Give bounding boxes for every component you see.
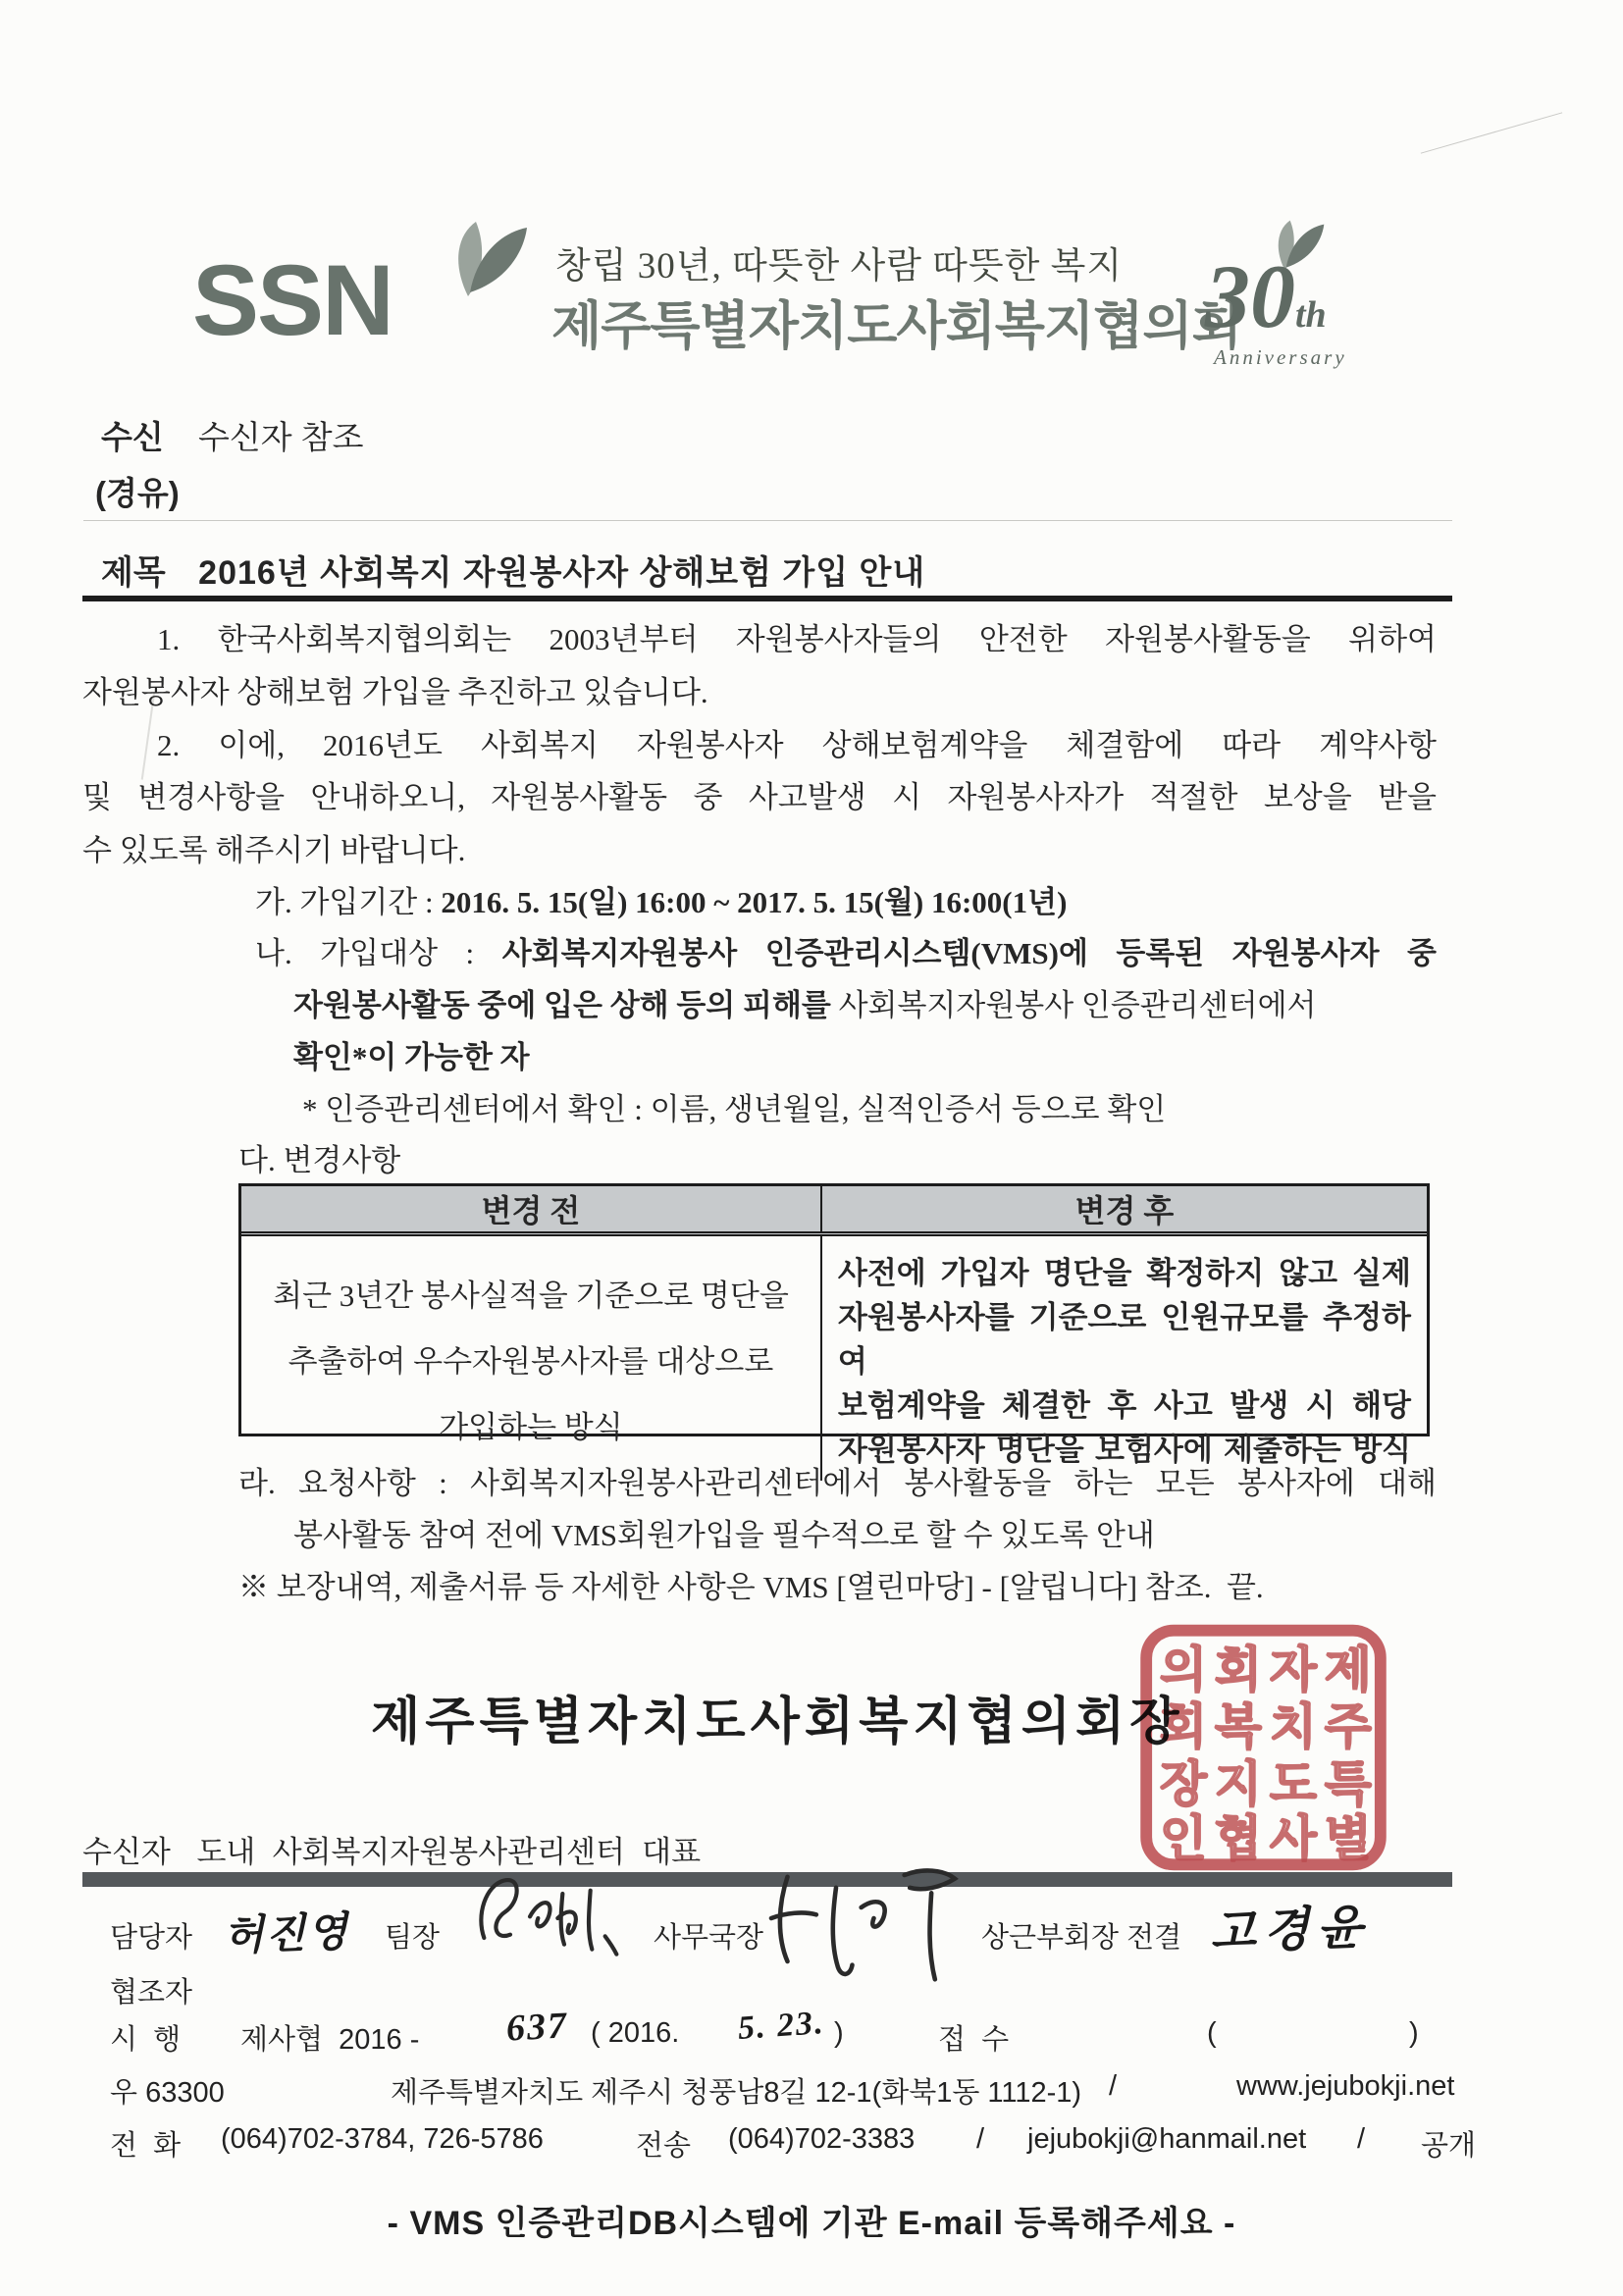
change-table: 변경 전 변경 후 최근 3년간 봉사실적을 기준으로 명단을 추출하여 우수자… bbox=[238, 1183, 1430, 1436]
logo-tagline: 창립 30년, 따뜻한 사람 따뜻한 복지 bbox=[555, 235, 1123, 288]
change-before-line: 추출하여 우수자원봉사자를 대상으로 bbox=[241, 1336, 820, 1381]
star-note: * 인증관리센터에서 확인 : 이름, 생년월일, 실적인증서 등으로 확인 bbox=[302, 1088, 1166, 1131]
via-label: (경유) bbox=[95, 468, 180, 514]
anniversary-suffix: th bbox=[1295, 294, 1327, 336]
change-after-line: 자원봉사자를 기준으로 인원규모를 추정하여 bbox=[838, 1292, 1411, 1381]
final-recipient-label: 수신자 bbox=[82, 1835, 171, 1869]
svg-text:협: 협 bbox=[1215, 1812, 1262, 1866]
anniversary-word: Anniversary bbox=[1214, 345, 1347, 370]
exec-date-handwritten: 5. 23. bbox=[737, 2005, 826, 2048]
cooperator-label: 협조자 bbox=[110, 1970, 192, 2010]
disclosure-label: 공개 bbox=[1421, 2123, 1476, 2164]
svg-text:지: 지 bbox=[1215, 1757, 1262, 1811]
bottom-note: - VMS 인증관리DB시스템에 기관 E-mail 등록해주세요 - bbox=[0, 2196, 1623, 2244]
logo-org-name: 제주특별자치도사회복지협의회 bbox=[551, 285, 1241, 359]
svg-text:주: 주 bbox=[1325, 1700, 1372, 1754]
recipient-label: 수신 bbox=[101, 419, 164, 455]
tel-numbers: (064)702-3784, 726-5786 bbox=[221, 2123, 544, 2156]
address-slash: / bbox=[1109, 2070, 1117, 2103]
address: 제주특별자치도 제주시 청풍남8길 12-1(화북1동 1112-1) bbox=[391, 2070, 1081, 2111]
change-after-line: 사전에 가입자 명단을 확정하지 않고 실제 bbox=[838, 1248, 1411, 1292]
item-na-cont1-bold: 자원봉사활동 중에 입은 상해 등의 피해를 bbox=[293, 988, 831, 1022]
item-ra-line1: 라. 요청사항 : 사회복지자원봉사관리센터에서 봉사활동을 하는 모든 봉사자… bbox=[238, 1462, 1437, 1505]
svg-text:사: 사 bbox=[1270, 1812, 1318, 1866]
anniversary-number: 30 bbox=[1205, 246, 1295, 346]
svg-text:특: 특 bbox=[1325, 1757, 1372, 1811]
item-ra-line2: 봉사활동 참여 전에 VMS회원가입을 필수적으로 할 수 있도록 안내 bbox=[293, 1514, 1155, 1557]
para1-line1: 1. 한국사회복지협의회는 2003년부터 자원봉사자들의 안전한 자원봉사활동… bbox=[82, 618, 1437, 661]
item-na-cont1-rest: 사회복지자원봉사 인증관리센터에서 bbox=[831, 988, 1317, 1022]
change-after-cell: 사전에 가입자 명단을 확정하지 않고 실제 자원봉사자를 기준으로 인원규모를… bbox=[822, 1236, 1427, 1481]
item-na: 나. 가입대상 : 사회복지자원봉사 인증관리시스템(VMS)에 등록된 자원봉… bbox=[255, 932, 1437, 975]
team-leader-signature bbox=[461, 1859, 657, 1962]
staff-label: 담당자 bbox=[110, 1915, 192, 1956]
document-page: SSN 창립 30년, 따뜻한 사람 따뜻한 복지 제주특별자치도사회복지협의회… bbox=[0, 0, 1623, 2296]
org-head-title: 제주특별자치도사회복지협의회장 bbox=[371, 1680, 1183, 1753]
change-after-line: 보험계약을 체결한 후 사고 발생 시 해당 bbox=[838, 1381, 1411, 1425]
para2-line2: 및 변경사항을 안내하오니, 자원봉사활동 중 사고발생 시 자원봉사자가 적절… bbox=[82, 776, 1437, 819]
item-na-cont1: 자원봉사활동 중에 입은 상해 등의 피해를 사회복지자원봉사 인증관리센터에서 bbox=[293, 984, 1316, 1027]
subject-label: 제목 bbox=[101, 554, 166, 592]
exec-number-handwritten: 637 bbox=[505, 2004, 569, 2050]
change-table-header-before: 변경 전 bbox=[241, 1186, 822, 1231]
svg-text:인: 인 bbox=[1160, 1812, 1207, 1866]
change-table-body: 최근 3년간 봉사실적을 기준으로 명단을 추출하여 우수자원봉사자를 대상으로… bbox=[241, 1236, 1427, 1481]
para2-line1: 2. 이에, 2016년도 사회복지 자원봉사자 상해보험계약을 체결함에 따라… bbox=[82, 724, 1437, 767]
svg-text:장: 장 bbox=[1160, 1757, 1208, 1811]
item-ga-value: 2016. 5. 15(일) 16:00 ~ 2017. 5. 15(월) 16… bbox=[441, 885, 1067, 919]
scan-artifact bbox=[1421, 112, 1562, 153]
change-before-line: 가입하는 방식 bbox=[241, 1402, 820, 1446]
svg-text:회: 회 bbox=[1215, 1644, 1262, 1697]
exec-date-open: ( 2016. bbox=[591, 2017, 679, 2050]
ssn-butterfly-icon bbox=[407, 214, 554, 304]
para1-line2: 자원봉사자 상해보험 가입을 추진하고 있습니다. bbox=[82, 671, 708, 714]
recipient-value: 수신자 참조 bbox=[198, 419, 364, 455]
svg-text:자: 자 bbox=[1270, 1644, 1318, 1697]
receipt-paren-close: ) bbox=[1409, 2017, 1419, 2050]
change-table-header-after: 변경 후 bbox=[822, 1186, 1427, 1231]
secretary-general-label: 사무국장 bbox=[654, 1915, 763, 1956]
receipt-label: 접 수 bbox=[938, 2017, 1009, 2058]
receipt-paren-open: ( bbox=[1207, 2017, 1217, 2050]
staff-name-handwritten: 허진영 bbox=[223, 1900, 350, 1962]
item-da: 다. 변경사항 bbox=[238, 1139, 400, 1182]
item-ga-label: 가. 가입기간 : bbox=[255, 885, 441, 919]
svg-text:제: 제 bbox=[1325, 1644, 1372, 1697]
svg-text:도: 도 bbox=[1270, 1757, 1317, 1811]
zip-code: 우 63300 bbox=[110, 2070, 225, 2111]
para2-line3: 수 있도록 해주시기 바랍니다. bbox=[82, 829, 465, 872]
svg-text:의: 의 bbox=[1160, 1644, 1207, 1697]
subject-value: 2016년 사회복지 자원봉사자 상해보험 가입 안내 bbox=[198, 554, 925, 592]
recipient-row: 수신 수신자 참조 bbox=[101, 412, 364, 458]
subject-divider-thick bbox=[82, 596, 1452, 601]
item-na-cont2: 확인*이 가능한 자 bbox=[293, 1036, 530, 1079]
tel-label: 전 화 bbox=[110, 2123, 181, 2164]
tel-slash: / bbox=[976, 2123, 984, 2156]
website-url: www.jejubokji.net bbox=[1236, 2070, 1454, 2103]
svg-text:치: 치 bbox=[1270, 1700, 1317, 1754]
exec-doc-number: 제사협 2016 - bbox=[240, 2017, 419, 2058]
svg-text:복: 복 bbox=[1215, 1700, 1262, 1754]
change-table-header: 변경 전 변경 후 bbox=[241, 1186, 1427, 1236]
change-before-cell: 최근 3년간 봉사실적을 기준으로 명단을 추출하여 우수자원봉사자를 대상으로… bbox=[241, 1236, 822, 1481]
fax-label: 전송 bbox=[636, 2123, 691, 2164]
vice-chair-label: 상근부회장 전결 bbox=[981, 1915, 1181, 1956]
item-na-value: 사회복지자원봉사 인증관리시스템(VMS)에 등록된 자원봉사자 중 bbox=[502, 936, 1437, 970]
exec-label: 시 행 bbox=[110, 2017, 181, 2058]
fax-number: (064)702-3383 bbox=[728, 2123, 915, 2156]
email-slash: / bbox=[1357, 2123, 1365, 2156]
item-na-label: 나. 가입대상 : bbox=[255, 936, 502, 970]
subject-row: 제목 2016년 사회복지 자원봉사자 상해보험 가입 안내 bbox=[101, 546, 925, 594]
svg-text:회: 회 bbox=[1160, 1700, 1207, 1754]
ssn-logo-text: SSN bbox=[192, 247, 393, 353]
exec-date-close: ) bbox=[834, 2017, 844, 2050]
email-address: jejubokji@hanmail.net bbox=[1027, 2123, 1306, 2156]
header-divider-thin bbox=[83, 520, 1452, 521]
item-ga: 가. 가입기간 : 2016. 5. 15(일) 16:00 ~ 2017. 5… bbox=[255, 881, 1067, 924]
svg-text:별: 별 bbox=[1325, 1812, 1372, 1866]
reference-note: ※ 보장내역, 제출서류 등 자세한 사항은 VMS [열린마당] - [알립니… bbox=[238, 1566, 1264, 1609]
change-before-line: 최근 3년간 봉사실적을 기준으로 명단을 bbox=[241, 1271, 820, 1315]
team-leader-label: 팀장 bbox=[385, 1915, 440, 1956]
vice-chair-name-handwritten: 고경윤 bbox=[1209, 1889, 1371, 1962]
secretary-general-signature bbox=[760, 1852, 976, 1995]
official-seal: 제 주 특 별 자 치 도 사 회 복 지 협 의 회 장 인 bbox=[1128, 1621, 1398, 1874]
